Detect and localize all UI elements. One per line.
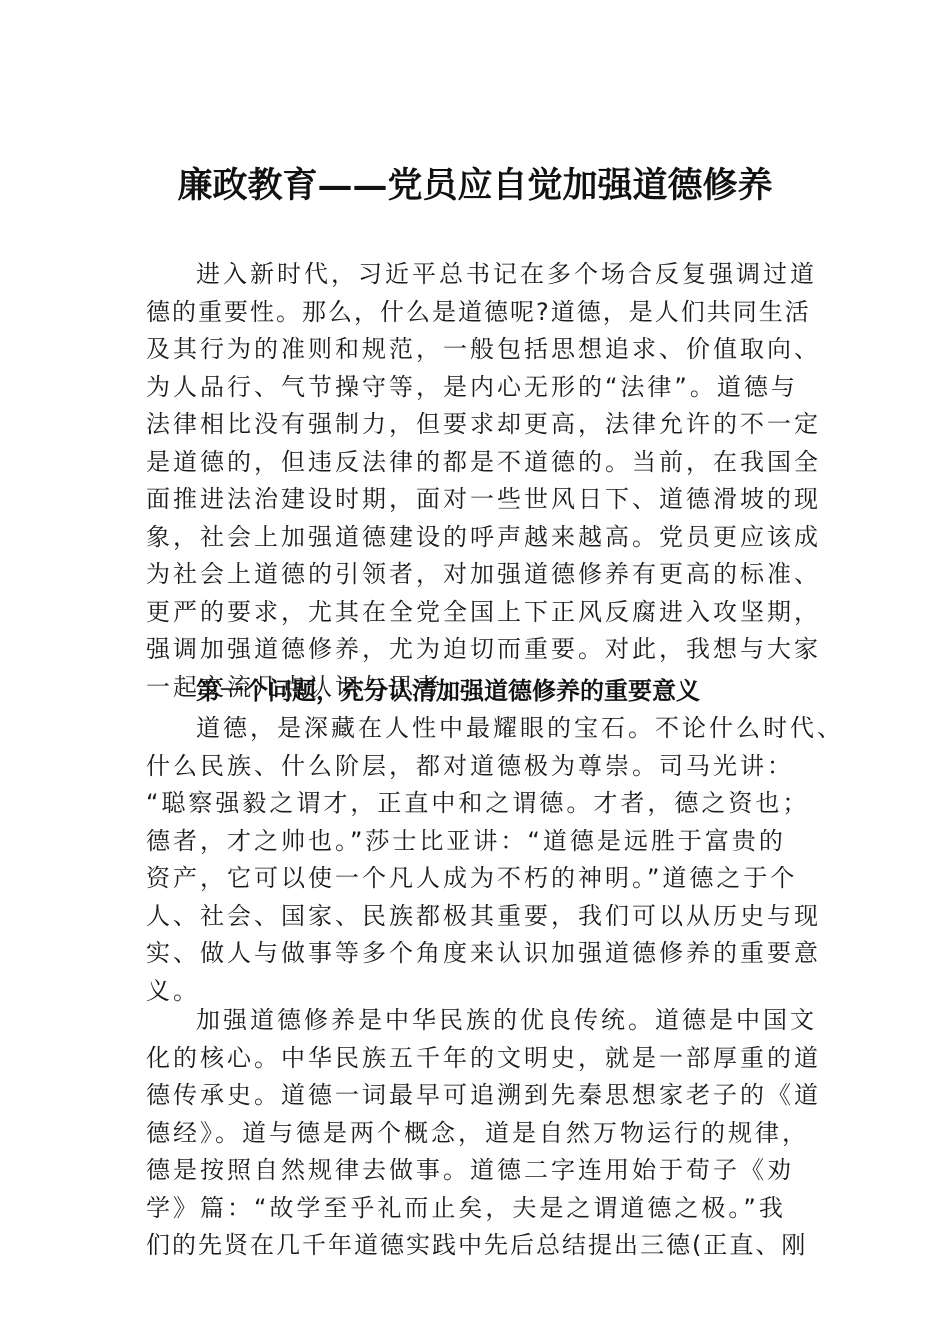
text-line: 德是按照自然规律去做事。道德二字连用始于荀子《劝	[146, 1152, 816, 1190]
text-line: 们的先贤在几千年道德实践中先后总结提出三德(正直、刚	[146, 1227, 816, 1265]
text-line: 实、做人与做事等多个角度来认识加强道德修养的重要意	[146, 935, 816, 973]
text-line: 更严的要求，尤其在全党全国上下正风反腐进入攻坚期，	[146, 594, 816, 632]
text-line: 德经》。道与德是两个概念，道是自然万物运行的规律，	[146, 1115, 816, 1153]
paragraph-intro: 进入新时代，习近平总书记在多个场合反复强调过道 德的重要性。那么，什么是道德呢?…	[146, 256, 816, 706]
text-line: 法律相比没有强制力，但要求却更高，法律允许的不一定	[146, 406, 816, 444]
text-line: 象，社会上加强道德建设的呼声越来越高。党员更应该成	[146, 519, 816, 557]
text-line: 是道德的，但违反法律的都是不道德的。当前，在我国全	[146, 444, 816, 482]
section-heading-block: 第一个问题，充分认清加强道德修养的重要意义	[146, 673, 816, 710]
text-line: 什么民族、什么阶层，都对道德极为尊崇。司马光讲：	[146, 748, 816, 786]
text-line: 化的核心。中华民族五千年的文明史，就是一部厚重的道	[146, 1040, 816, 1078]
text-line: 为社会上道德的引领者，对加强道德修养有更高的标准、	[146, 556, 816, 594]
text-line: 加强道德修养是中华民族的优良传统。道德是中国文	[146, 1002, 816, 1040]
text-line: 德者，才之帅也。”莎士比亚讲：“道德是远胜于富贵的	[146, 823, 816, 861]
text-line: 德的重要性。那么，什么是道德呢?道德，是人们共同生活	[146, 294, 816, 332]
text-line: 资产，它可以使一个凡人成为不朽的神明。”道德之于个	[146, 860, 816, 898]
paragraph-morality: 道德，是深藏在人性中最耀眼的宝石。不论什么时代、 什么民族、什么阶层，都对道德极…	[146, 710, 816, 1010]
text-line: 面推进法治建设时期，面对一些世风日下、道德滑坡的现	[146, 481, 816, 519]
text-line: 德传承史。道德一词最早可追溯到先秦思想家老子的《道	[146, 1077, 816, 1115]
text-line: 人、社会、国家、民族都极其重要，我们可以从历史与现	[146, 898, 816, 936]
document-title: 廉政教育——党员应自觉加强道德修养	[0, 158, 950, 208]
text-line: 及其行为的准则和规范，一般包括思想追求、价值取向、	[146, 331, 816, 369]
text-line: 道德，是深藏在人性中最耀眼的宝石。不论什么时代、	[146, 710, 816, 748]
text-line: 进入新时代，习近平总书记在多个场合反复强调过道	[146, 256, 816, 294]
section-heading: 第一个问题，充分认清加强道德修养的重要意义	[146, 673, 816, 710]
text-line: 强调加强道德修养，尤为迫切而重要。对此，我想与大家	[146, 631, 816, 669]
text-line: “聪察强毅之谓才，正直中和之谓德。才者，德之资也；	[146, 785, 816, 823]
document-page: 廉政教育——党员应自觉加强道德修养 进入新时代，习近平总书记在多个场合反复强调过…	[0, 0, 950, 1344]
text-line: 学》篇：“故学至乎礼而止矣，夫是之谓道德之极。”我	[146, 1190, 816, 1228]
text-line: 为人品行、气节操守等，是内心无形的“法律”。道德与	[146, 369, 816, 407]
paragraph-tradition: 加强道德修养是中华民族的优良传统。道德是中国文 化的核心。中华民族五千年的文明史…	[146, 1002, 816, 1265]
